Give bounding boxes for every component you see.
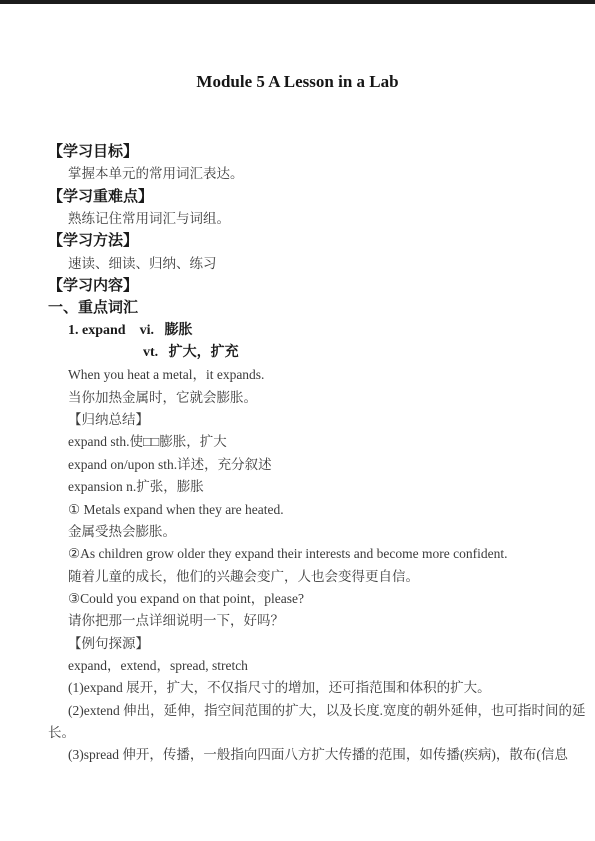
doc-line: expand on/upon sth.详述，充分叙述 [68,454,565,476]
doc-line: vt. 扩大，扩充 [143,342,565,364]
doc-line: 长。 [48,722,565,744]
doc-line: 请你把那一点详细说明一下，好吗？ [68,610,565,632]
doc-line: 【例句探源】 [68,633,565,655]
doc-line: 速读、细读、归纳、练习 [68,253,565,275]
doc-line: 【学习方法】 [48,230,565,252]
doc-line: expansion n.扩张，膨胀 [68,476,565,498]
doc-line: 当你加热金属时，它就会膨胀。 [68,387,565,409]
doc-line: 【归纳总结】 [68,409,565,431]
doc-line: When you heat a metal，it expands. [68,364,565,386]
document-page: Module 5 A Lesson in a Lab 【学习目标】掌握本单元的常… [0,0,595,841]
doc-line: ③Could you expand on that point，please? [68,588,565,610]
document-title: Module 5 A Lesson in a Lab [0,70,595,94]
doc-line: 【学习重难点】 [48,186,565,208]
doc-line: (1)expand 展开，扩大，不仅指尺寸的增加，还可指范围和体积的扩大。 [68,677,565,699]
doc-line: 熟练记住常用词汇与词组。 [68,208,565,230]
doc-line: 金属受热会膨胀。 [68,521,565,543]
doc-line: 随着儿童的成长，他们的兴趣会变广，人也会变得更自信。 [68,566,565,588]
doc-line: 掌握本单元的常用词汇表达。 [68,163,565,185]
doc-line: (3)spread 伸开，传播，一般指向四面八方扩大传播的范围，如传播(疾病)，… [68,744,565,766]
doc-line: 一、重点词汇 [48,297,565,319]
doc-line: ① Metals expand when they are heated. [68,499,565,521]
document-body: 【学习目标】掌握本单元的常用词汇表达。【学习重难点】熟练记住常用词汇与词组。【学… [0,141,595,767]
doc-line: ②As children grow older they expand thei… [68,543,565,565]
doc-line: expand sth.使□□膨胀，扩大 [68,431,565,453]
top-border-bar [0,0,595,4]
doc-line: expand，extend，spread, stretch [68,655,565,677]
doc-line: 【学习内容】 [48,275,565,297]
doc-line: 1. expand vi. 膨胀 [68,320,565,342]
doc-line: 【学习目标】 [48,141,565,163]
doc-line: (2)extend 伸出，延伸，指空间范围的扩大，以及长度.宽度的朝外延伸，也可… [68,700,565,722]
